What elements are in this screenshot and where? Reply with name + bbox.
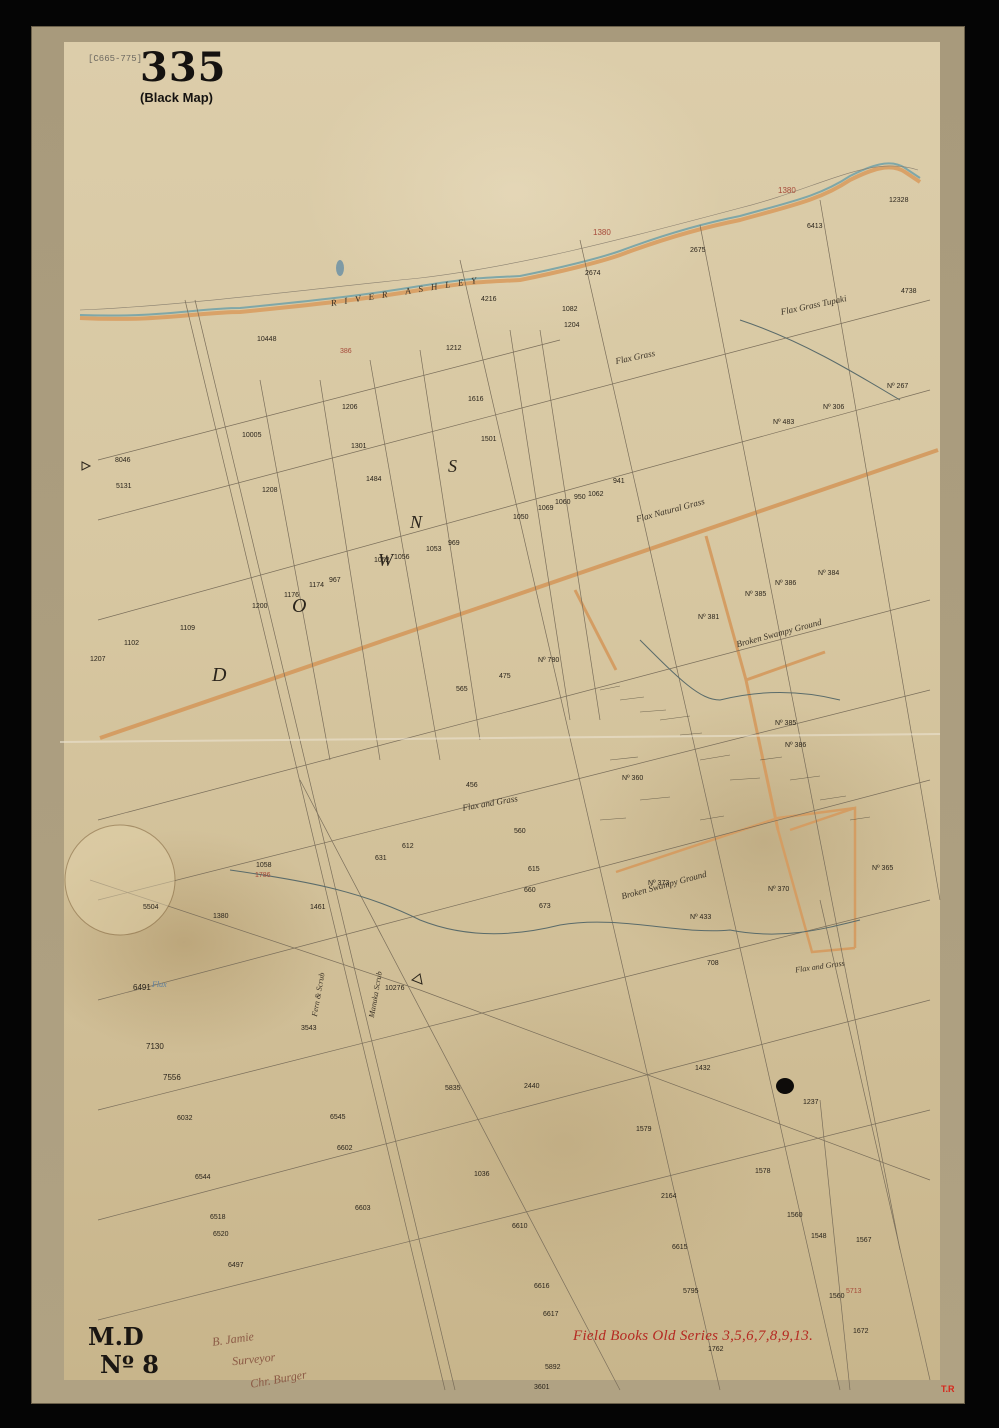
lot-number: 6545: [330, 1114, 346, 1121]
lot-number: Nº 267: [887, 383, 908, 390]
lot-number: 1050: [513, 514, 529, 521]
lot-number: 1082: [562, 306, 578, 313]
lot-number: 1204: [564, 322, 580, 329]
lot-number: 1062: [588, 491, 604, 498]
lot-number: 6413: [807, 223, 823, 230]
trig-station-icon: [412, 974, 422, 984]
lot-number: 1174: [309, 582, 324, 589]
lot-number: 631: [375, 855, 387, 862]
lot-number: 10448: [257, 336, 276, 343]
lot-number: 1380: [213, 913, 229, 920]
sheet-number: 335: [140, 44, 227, 91]
lot-number: Nº 384: [818, 570, 839, 577]
lot-number: 1206: [342, 404, 358, 411]
lot-number: 1060: [555, 499, 571, 506]
lot-number: 615: [528, 866, 540, 873]
reference-note: [C665-775]: [88, 54, 142, 64]
river-chainage: 1380: [778, 186, 796, 195]
lot-number: 6032: [177, 1115, 193, 1122]
lot-number: 1058: [256, 862, 272, 869]
lot-number: 1578: [755, 1168, 771, 1175]
lot-number: 1212: [446, 345, 462, 352]
lot-number: 1432: [695, 1065, 711, 1072]
lot-number: 1056: [394, 554, 410, 561]
lot-number: 1672: [853, 1328, 869, 1335]
lot-number: 2440: [524, 1083, 540, 1090]
lot-number: 1560: [829, 1293, 845, 1300]
lot-number: Nº 385: [775, 720, 796, 727]
lot-number: 3543: [301, 1025, 317, 1032]
field-books-note: Field Books Old Series 3,5,6,7,8,9,13.: [573, 1328, 813, 1345]
lot-number: Nº 386: [775, 580, 796, 587]
lot-number: 1208: [262, 487, 278, 494]
lot-number: 967: [329, 577, 341, 584]
lot-number: 6616: [534, 1283, 550, 1290]
lot-number: 1109: [180, 625, 195, 632]
lot-number: 6518: [210, 1214, 226, 1221]
lot-number: 1567: [856, 1237, 872, 1244]
lot-number: 950: [574, 494, 586, 501]
lot-number: 386: [340, 348, 352, 355]
lot-number: 2164: [661, 1193, 677, 1200]
lot-number: 1616: [468, 396, 484, 403]
lot-number: 8046: [115, 457, 131, 464]
lot-number: 560: [514, 828, 526, 835]
ink-blot: [776, 1078, 794, 1094]
lot-number: Nº 483: [773, 419, 794, 426]
lot-number: Nº 370: [768, 886, 789, 893]
lot-number: 5504: [143, 904, 159, 911]
ink-blot: [336, 260, 344, 276]
trig-station-icon: [82, 462, 90, 470]
lot-number: Nº 386: [785, 742, 806, 749]
lot-number: 6602: [337, 1145, 353, 1152]
lot-number: Nº 433: [690, 914, 711, 921]
downs-letter: S: [448, 456, 457, 477]
lot-number: 4216: [481, 296, 497, 303]
lot-number: 1036: [474, 1171, 490, 1178]
corner-mark: T.R: [941, 1384, 955, 1394]
lot-number: 1484: [366, 476, 382, 483]
lot-number: 1301: [351, 443, 367, 450]
lot-number: Nº 381: [698, 614, 719, 621]
lot-number: 475: [499, 673, 511, 680]
downs-letter: N: [410, 512, 422, 533]
lot-number: 3601: [534, 1384, 550, 1391]
lot-number: Nº 306: [823, 404, 844, 411]
lot-number: 456: [466, 782, 478, 789]
lot-number: 5713: [846, 1288, 862, 1295]
lot-number: 5835: [445, 1085, 461, 1092]
lot-number: 1207: [90, 656, 106, 663]
district-code: M.D: [88, 1322, 144, 1351]
lot-number: 7130: [146, 1042, 164, 1051]
lot-number: 1548: [811, 1233, 827, 1240]
lot-number: 1053: [426, 546, 442, 553]
lot-number: 2674: [585, 270, 601, 277]
water-stain: [65, 825, 175, 935]
lot-number: 1069: [538, 505, 554, 512]
lot-number: 1176: [284, 592, 299, 599]
lot-number: Nº 360: [622, 775, 643, 782]
lot-number: 5892: [545, 1364, 561, 1371]
lot-number: Nº 373: [648, 880, 669, 887]
lot-number: 1579: [636, 1126, 652, 1133]
lot-number: 7556: [163, 1073, 181, 1082]
lot-number: 708: [707, 960, 719, 967]
lot-number: 12328: [889, 197, 908, 204]
sheet-subtitle: (Black Map): [140, 90, 213, 105]
lot-number: Nº 385: [745, 591, 766, 598]
lot-number: 941: [613, 478, 625, 485]
lot-number: 673: [539, 903, 551, 910]
lot-number: 6615: [672, 1244, 688, 1251]
lot-number: 10005: [242, 432, 261, 439]
lot-number: 6617: [543, 1311, 559, 1318]
lot-number: 1786: [255, 872, 271, 879]
lot-number: Nº 780: [538, 657, 559, 664]
map-linework: [0, 0, 999, 1428]
map-number: Nº 8: [100, 1350, 159, 1379]
lot-number: 1102: [124, 640, 139, 647]
lot-number: 565: [456, 686, 468, 693]
lot-number: 6603: [355, 1205, 371, 1212]
scrub-hatching: [600, 686, 870, 820]
downs-letter: D: [212, 664, 226, 687]
fold-line: [60, 734, 940, 742]
lot-number: 6497: [228, 1262, 244, 1269]
lot-number: 2675: [690, 247, 706, 254]
lot-number: 5795: [683, 1288, 699, 1295]
area-label: Flax: [152, 980, 167, 989]
lot-number: 6544: [195, 1174, 211, 1181]
lot-number: 969: [448, 540, 460, 547]
lot-number: 1501: [481, 436, 497, 443]
lot-number: 6491: [133, 983, 151, 992]
lot-number: 612: [402, 843, 414, 850]
lot-number: 1237: [803, 1099, 819, 1106]
lot-number: 1560: [787, 1212, 803, 1219]
lot-number: 1461: [310, 904, 326, 911]
river-chainage: 1380: [593, 228, 611, 237]
lot-number: 1200: [252, 603, 268, 610]
lot-number: 10276: [385, 985, 404, 992]
lot-number: 5131: [116, 483, 132, 490]
lot-number: 4738: [901, 288, 917, 295]
lot-number: 1052: [374, 557, 390, 564]
lot-number: 6520: [213, 1231, 229, 1238]
lot-number: 6610: [512, 1223, 528, 1230]
lot-number: 1762: [708, 1346, 724, 1353]
road-reserves: [100, 450, 938, 952]
lot-number: Nº 365: [872, 865, 893, 872]
lot-number: 660: [524, 887, 536, 894]
